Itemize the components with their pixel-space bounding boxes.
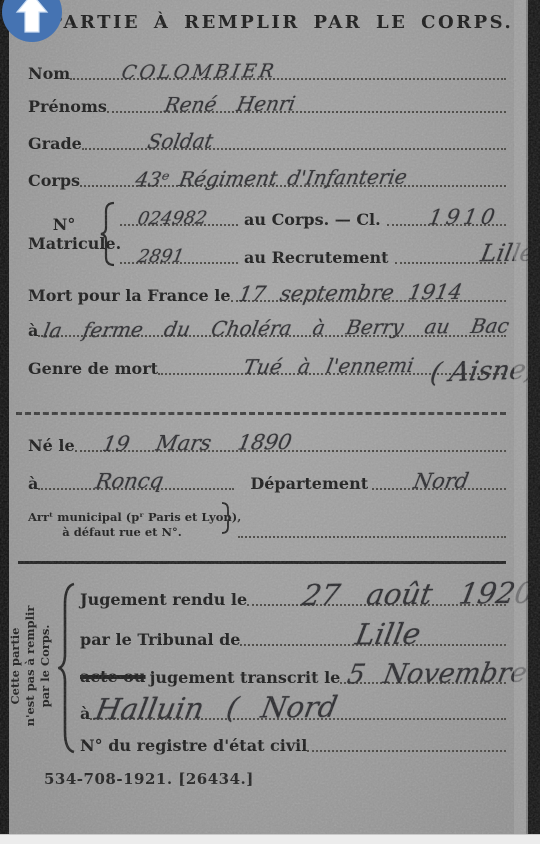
mort-label: Mort pour la France le xyxy=(28,288,231,304)
matricule-recrutement-suffix: au Recrutement xyxy=(244,250,389,266)
grade-label: Grade xyxy=(28,136,82,152)
arr-label-line1: Arrᵗ municipal (pʳ Paris et Lyon), xyxy=(28,510,241,524)
jugement-rendu-label: Jugement rendu le xyxy=(80,592,247,608)
field-registre: N° du registre d'état civil xyxy=(80,724,506,754)
corps-line: 43ᵉ Régiment d'Infanterie xyxy=(80,185,506,187)
matricule-classe-line: 1910 xyxy=(387,224,506,226)
matricule-corps-line: 024982 xyxy=(120,224,238,226)
ne-le-label: Né le xyxy=(28,438,75,454)
matricule-recrutement-number: 2891 xyxy=(136,246,186,267)
scroll-to-top-button[interactable] xyxy=(0,0,65,46)
prenoms-line: René Henri xyxy=(107,111,506,113)
up-arrow-icon xyxy=(0,0,65,46)
corps-label: Corps xyxy=(28,173,80,189)
field-ne-le: Né le 19 Mars 1890 xyxy=(28,424,506,454)
left-brace-icon xyxy=(100,198,120,270)
field-prenoms: Prénoms René Henri xyxy=(28,85,506,115)
matricule-classe-value: 1910 xyxy=(426,205,500,230)
ne-a-label: à xyxy=(28,476,38,492)
lieu-mort-value: la ferme du Choléra à Berry au Bac xyxy=(42,314,512,343)
imprint-reference: 534-708-1921. [26434.] xyxy=(44,770,254,788)
nom-label: Nom xyxy=(28,66,70,82)
side-note-rotated: Cette partie n'est pas à remplir par le … xyxy=(8,578,56,754)
bottom-white-strip xyxy=(0,834,540,844)
scan-fold-band xyxy=(514,0,528,836)
genre-mort-label: Genre de mort xyxy=(28,361,158,377)
jugement-brace-icon xyxy=(58,582,76,758)
field-arrondissement: Arrᵗ municipal (pʳ Paris et Lyon),à défa… xyxy=(28,500,506,540)
matricule-label: N° Matricule. xyxy=(28,198,100,270)
matricule-recrutement-row: 2891 au Recrutement Lille xyxy=(120,238,506,266)
jugement-rendu-value: 27 août 1920 xyxy=(300,576,537,612)
field-transcrit-lieu: à Halluin ( Nord xyxy=(80,692,506,722)
matricule-recrutement-line: 2891 xyxy=(120,262,238,264)
ne-le-line: 19 Mars 1890 xyxy=(75,450,506,452)
field-lieu-mort: à la ferme du Choléra à Berry au Bac xyxy=(28,309,506,339)
ne-a-value: Roncq xyxy=(94,469,166,494)
field-jugement-rendu: Jugement rendu le 27 août 1920 xyxy=(80,578,506,608)
transcrit-struck-label: acte ou xyxy=(80,667,146,686)
grade-line: Soldat xyxy=(82,148,506,150)
departement-label: Département xyxy=(250,476,368,492)
field-corps: Corps 43ᵉ Régiment d'Infanterie xyxy=(28,159,506,189)
arr-label-line2: à défaut rue et N°. xyxy=(62,525,182,539)
matricule-label-line2: Matricule. xyxy=(28,234,100,253)
right-brace-icon xyxy=(220,502,232,538)
field-nom: Nom COLOMBIER xyxy=(28,52,506,82)
matricule-corps-row: 024982 au Corps. — Cl. 1910 xyxy=(120,200,506,228)
arrondissement-line xyxy=(238,536,506,538)
transcrit-label: jugement transcrit le xyxy=(150,670,341,686)
matricule-recrutement-place-line: Lille xyxy=(395,262,506,264)
scan-edge-left xyxy=(0,0,9,836)
mort-line: 17 septembre 1914 xyxy=(231,300,506,302)
field-tribunal: par le Tribunal de Lille xyxy=(80,618,506,648)
matricule-corps-number: 024982 xyxy=(136,208,209,230)
grade-value: Soldat xyxy=(146,129,215,154)
matricule-label-line1: N° xyxy=(28,215,100,234)
solid-separator xyxy=(18,561,506,564)
ne-le-value: 19 Mars 1890 xyxy=(100,430,293,456)
transcrit-lieu-value: Halluin ( Nord xyxy=(93,690,341,727)
prenoms-value: René Henri xyxy=(163,91,298,116)
nom-line: COLOMBIER xyxy=(70,78,506,80)
field-matricule: N° Matricule. 024982 au Corps. — Cl. 191… xyxy=(28,198,506,270)
scanned-record-page: PARTIE À REMPLIR PAR LE CORPS. Nom COLOM… xyxy=(0,0,540,844)
matricule-rows: 024982 au Corps. — Cl. 1910 2891 au Recr… xyxy=(120,198,506,270)
field-grade: Grade Soldat xyxy=(28,122,506,152)
departement-value: Nord xyxy=(412,469,471,494)
transcrit-lieu-label: à xyxy=(80,706,90,722)
scan-edge-right xyxy=(528,0,540,836)
tribunal-value: Lille xyxy=(353,617,424,652)
dashed-separator xyxy=(16,412,506,415)
field-ne-a: à Roncq Département Nord xyxy=(28,462,506,492)
prenoms-label: Prénoms xyxy=(28,99,107,115)
genre-mort-line: Tué à l'ennemi ( Aisne) xyxy=(158,373,506,375)
tribunal-label: par le Tribunal de xyxy=(80,632,240,648)
ne-a-line: Roncq xyxy=(38,488,234,490)
nom-value: COLOMBIER xyxy=(120,60,279,84)
field-genre-mort: Genre de mort Tué à l'ennemi ( Aisne) xyxy=(28,347,506,377)
page-title: PARTIE À REMPLIR PAR LE CORPS. xyxy=(0,12,540,33)
registre-label: N° du registre d'état civil xyxy=(80,738,307,754)
tribunal-line: Lille xyxy=(240,644,506,646)
genre-mort-value: Tué à l'ennemi xyxy=(242,353,416,379)
registre-line xyxy=(307,750,506,752)
arrondissement-label: Arrᵗ municipal (pʳ Paris et Lyon),à défa… xyxy=(28,510,216,540)
departement-line: Nord xyxy=(372,488,506,490)
field-transcrit: acte ou jugement transcrit le 5 Novembre… xyxy=(80,656,506,686)
transcrit-lieu-line: Halluin ( Nord xyxy=(90,718,506,720)
corps-value: 43ᵉ Régiment d'Infanterie xyxy=(134,165,410,192)
field-mort-pour-la-france: Mort pour la France le 17 septembre 1914 xyxy=(28,274,506,304)
transcrit-line: 5 Novembre 1920 xyxy=(340,682,506,684)
lieu-mort-label: à xyxy=(28,323,38,339)
jugement-rendu-line: 27 août 1920 xyxy=(247,604,506,606)
transcrit-value: 5 Novembre 1920 xyxy=(345,657,540,691)
lieu-mort-line: la ferme du Choléra à Berry au Bac xyxy=(38,335,506,337)
mort-value: 17 septembre 1914 xyxy=(236,280,464,306)
matricule-corps-suffix: au Corps. — Cl. xyxy=(244,212,381,228)
